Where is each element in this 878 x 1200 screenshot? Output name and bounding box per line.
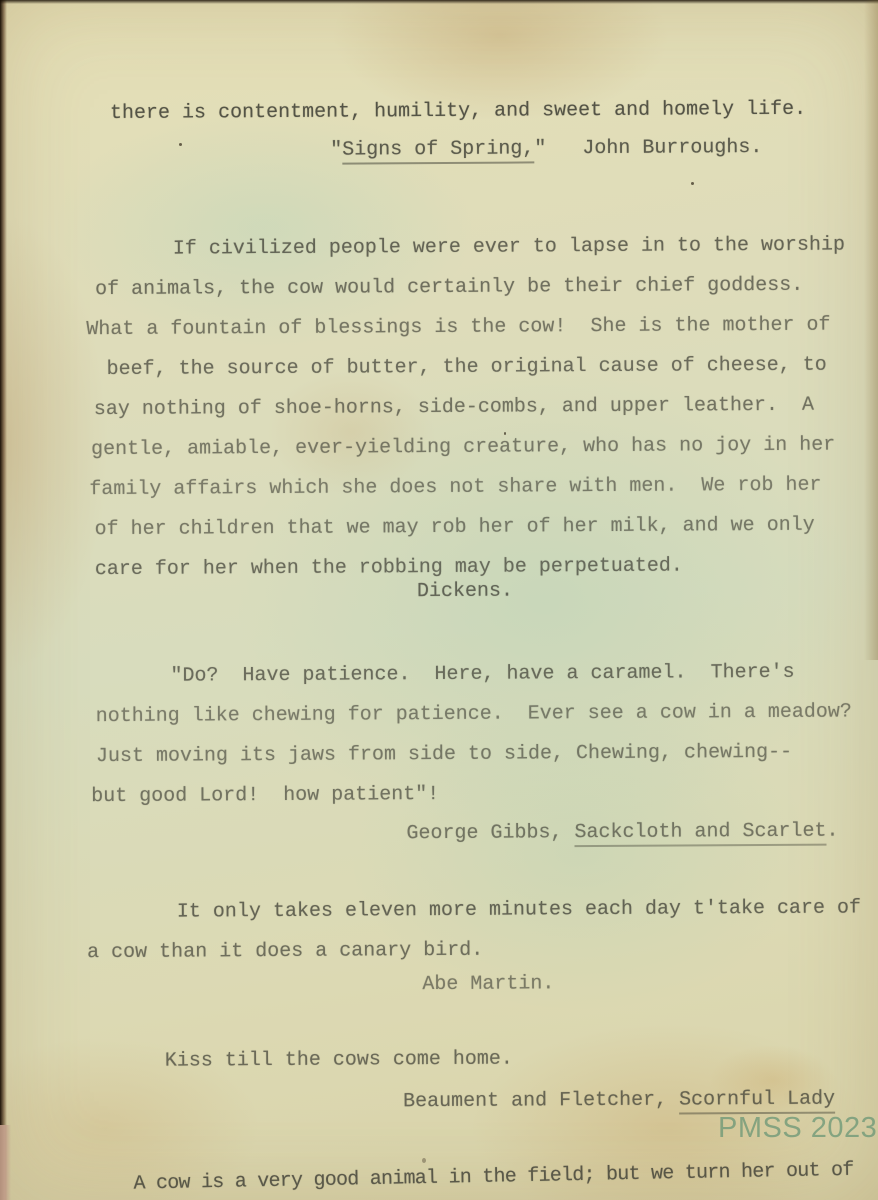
typed-line: beef, the source of butter, the original… — [107, 354, 827, 382]
typed-line: say nothing of shoe-horns, side-combs, a… — [94, 394, 814, 422]
typed-text: of animals, the cow would certainly be t… — [95, 274, 803, 301]
typed-text: "Do? Have patience. Here, have a caramel… — [170, 661, 794, 688]
typed-text: family affairs which she does not share … — [89, 474, 821, 501]
typed-line: If civilized people were ever to lapse i… — [173, 234, 845, 262]
typed-line: What a fountain of blessings is the cow!… — [86, 314, 830, 343]
typed-text: George Gibbs, — [406, 821, 574, 845]
underlined-title: Signs of Spring, — [342, 137, 534, 164]
typed-text: A cow is a very good animal in the field… — [133, 1159, 853, 1196]
typed-text: care for her when the robbing may be per… — [95, 555, 683, 582]
typed-line: "Do? Have patience. Here, have a caramel… — [170, 661, 794, 689]
typed-line: Beaument and Fletcher, Scornful Lady — [403, 1088, 835, 1115]
typed-text: . — [826, 820, 838, 843]
typed-text-layer: there is contentment, humility, and swee… — [0, 0, 878, 1200]
typed-line: It only takes eleven more minutes each d… — [177, 896, 861, 924]
typed-line: but good Lord! how patient"! — [91, 783, 439, 809]
typed-line: of animals, the cow would certainly be t… — [95, 274, 803, 302]
underlined-title: Sackcloth and Scarlet — [574, 820, 826, 848]
typed-text: It only takes eleven more minutes each d… — [177, 896, 861, 923]
typed-text: of her children that we may rob her of h… — [94, 514, 814, 541]
typed-line: nothing like chewing for patience. Ever … — [96, 700, 852, 729]
typed-text: Dickens. — [417, 580, 513, 604]
typed-line: Abe Martin. — [422, 972, 554, 997]
typed-text: Kiss till the cows come home. — [165, 1048, 513, 1073]
typed-text: beef, the source of butter, the original… — [107, 354, 827, 381]
typed-text: gentle, amiable, ever-yielding creature,… — [91, 434, 835, 462]
typed-line: George Gibbs, Sackcloth and Scarlet. — [406, 820, 838, 847]
scanned-document-page: there is contentment, humility, and swee… — [0, 0, 878, 1200]
typed-text: Abe Martin. — [422, 972, 554, 996]
underlined-title: Scornful Lady — [679, 1088, 835, 1115]
typed-text: Beaument and Fletcher, — [403, 1089, 679, 1114]
typed-text: there is contentment, humility, and swee… — [110, 98, 806, 125]
typed-text: nothing like chewing for patience. Ever … — [96, 700, 852, 728]
typed-text: " — [330, 139, 342, 162]
typed-text: say nothing of shoe-horns, side-combs, a… — [94, 394, 814, 421]
typed-text: but good Lord! how patient"! — [91, 783, 439, 808]
typed-line: care for her when the robbing may be per… — [95, 555, 683, 583]
typed-text: If civilized people were ever to lapse i… — [173, 234, 845, 261]
typed-text: Just moving its jaws from side to side, … — [96, 741, 792, 768]
typed-line: there is contentment, humility, and swee… — [110, 98, 806, 126]
archive-watermark: PMSS 2023 — [718, 1112, 877, 1145]
typed-line: gentle, amiable, ever-yielding creature,… — [91, 434, 835, 463]
typed-text: " John Burroughs. — [534, 136, 762, 160]
typed-line: family affairs which she does not share … — [89, 474, 821, 502]
typed-text: a cow than it does a canary bird. — [87, 939, 483, 964]
typed-line: "Signs of Spring," John Burroughs. — [330, 136, 762, 163]
typed-line: Kiss till the cows come home. — [165, 1048, 513, 1074]
typed-line: Just moving its jaws from side to side, … — [96, 741, 792, 769]
typed-text: What a fountain of blessings is the cow!… — [86, 314, 830, 342]
typed-line: a cow than it does a canary bird. — [87, 939, 483, 965]
typed-line: A cow is a very good animal in the field… — [133, 1159, 853, 1197]
typed-line: Dickens. — [417, 580, 513, 605]
typed-line: of her children that we may rob her of h… — [94, 514, 814, 542]
